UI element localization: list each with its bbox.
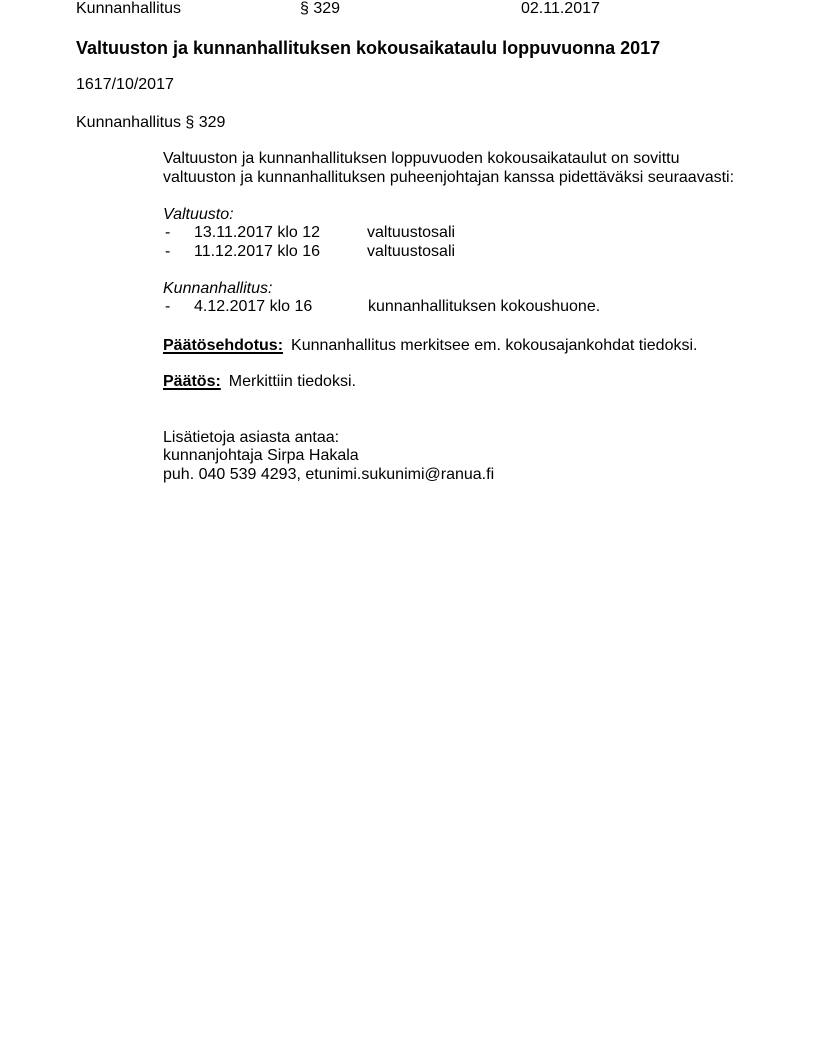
kunnanhallitus-label: Kunnanhallitus: — [163, 280, 272, 298]
document-number: 1617/10/2017 — [76, 76, 174, 94]
contact-heading: Lisätietoja asiasta antaa: — [163, 429, 339, 447]
bullet-dash: - — [165, 298, 170, 316]
schedule-time: 11.12.2017 klo 16 — [194, 243, 320, 261]
proposal-label: Päätösehdotus: — [163, 337, 283, 354]
intro-line: Valtuuston ja kunnanhallituksen loppuvuo… — [163, 150, 680, 168]
contact-details: puh. 040 539 4293, etunimi.sukunimi@ranu… — [163, 466, 494, 484]
schedule-location: kunnanhallituksen kokoushuone. — [368, 298, 600, 316]
bullet-dash: - — [165, 243, 170, 261]
contact-person: kunnanjohtaja Sirpa Hakala — [163, 447, 359, 465]
intro-line: valtuuston ja kunnanhallituksen puheenjo… — [163, 169, 734, 187]
schedule-location: valtuustosali — [367, 224, 455, 242]
decision: Päätös:Merkittiin tiedoksi. — [163, 373, 356, 391]
header-organ: Kunnanhallitus — [76, 0, 181, 18]
schedule-time: 13.11.2017 klo 12 — [194, 224, 320, 242]
header-date: 02.11.2017 — [521, 0, 600, 18]
decision-label: Päätös: — [163, 373, 221, 390]
proposal: Päätösehdotus:Kunnanhallitus merkitsee e… — [163, 337, 697, 355]
schedule-location: valtuustosali — [367, 243, 455, 261]
header-section: § 329 — [300, 0, 340, 18]
schedule-time: 4.12.2017 klo 16 — [194, 298, 312, 316]
body-reference: Kunnanhallitus § 329 — [76, 114, 225, 132]
valtuusto-label: Valtuusto: — [163, 206, 234, 224]
document-title: Valtuuston ja kunnanhallituksen kokousai… — [76, 37, 660, 59]
bullet-dash: - — [165, 224, 170, 242]
decision-text: Merkittiin tiedoksi. — [229, 373, 356, 390]
proposal-text: Kunnanhallitus merkitsee em. kokousajank… — [291, 337, 697, 354]
